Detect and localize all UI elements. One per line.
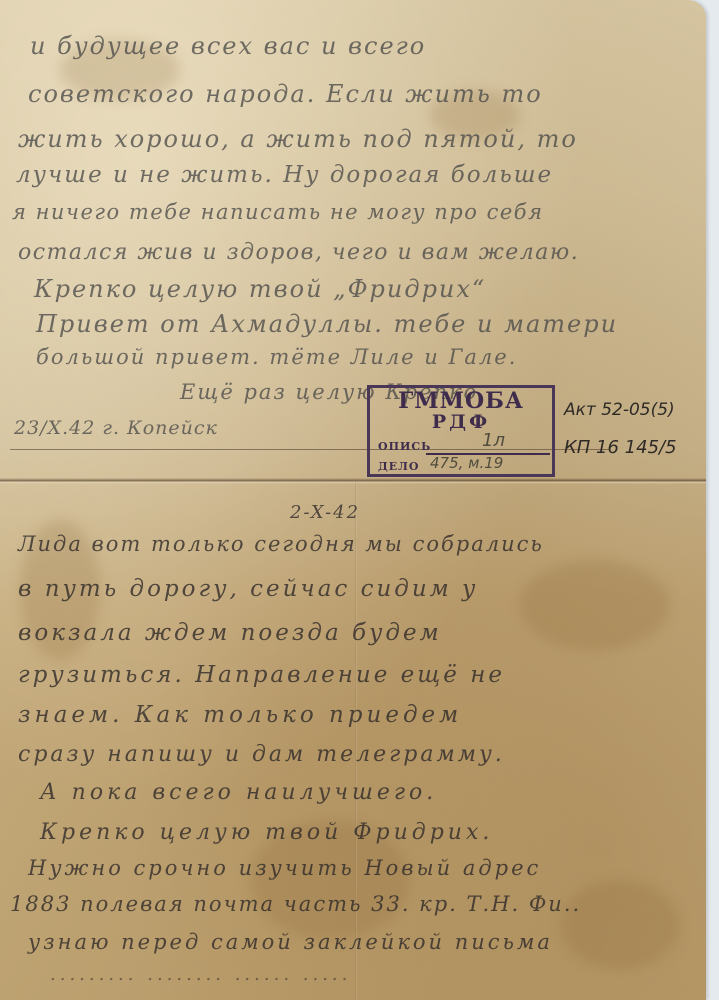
letter-line: Нужно срочно изучить Новый адрес <box>28 856 541 880</box>
letter-line: я ничего тебе написать не могу про себя <box>12 200 543 224</box>
letter-line: Лида вот только сегодня мы собрались <box>18 532 544 556</box>
stamp-org-sub: РДФ <box>370 412 552 432</box>
letter-paper: и будущее всех вас и всего советского на… <box>0 0 706 1000</box>
letter-line: большой привет. тёте Лиле и Гале. <box>36 345 517 369</box>
letter-date: 2-X-42 <box>290 502 360 523</box>
kp-number-annotation: КП 16 145/5 <box>564 437 677 458</box>
letter-line: и будущее всех вас и всего <box>30 32 426 60</box>
letter-line: вокзала ждем поезда будем <box>18 620 442 646</box>
letter-line: А пока всего наилучшего. <box>40 780 437 805</box>
letter-line: Крепко целую твой „Фридрих“ <box>34 275 486 303</box>
letter-bottom-half: 2-X-42 Лида вот только сегодня мы собрал… <box>0 482 706 1000</box>
act-number-annotation: Акт 52-05(5) <box>564 400 675 420</box>
stamp-delo-label: ДЕЛО <box>378 460 419 473</box>
letter-line: остался жив и здоров, чего и вам желаю. <box>18 240 579 265</box>
stamp-delo-value: 475, м.19 <box>430 454 503 472</box>
stamp-opis-value: 1л <box>482 430 505 451</box>
stamp-org-name: ГММОБА <box>370 390 552 412</box>
letter-line: сразу напишу и дам телеграмму. <box>18 742 505 767</box>
letter-line: жить хорошо, а жить под пятой, то <box>18 125 578 153</box>
letter-line: Привет от Ахмадуллы. тебе и матери <box>36 310 618 338</box>
archive-stamp: ГММОБА РДФ ОПИСЬ 1л ДЕЛО 475, м.19 <box>367 385 555 477</box>
letter-signature-line: Крепко целую твой Фридрих. <box>40 820 493 845</box>
letter-line: знаем. Как только приедем <box>18 702 462 728</box>
letter-line: лучше и не жить. Ну дорогая больше <box>16 162 553 188</box>
letter-address-line: 1883 полевая почта часть 33. кр. Т.Н. Фи… <box>10 892 581 916</box>
letter-line: ......... ........ ...... ..... <box>50 964 351 985</box>
letter-line: советского народа. Если жить то <box>28 80 543 108</box>
letter-line: грузиться. Направление ещё не <box>18 662 505 688</box>
letter-line: узнаю перед самой заклейкой письма <box>28 930 553 954</box>
date-place: 23/X.42 г. Копейск <box>14 417 218 439</box>
letter-line: в путь дорогу, сейчас сидим у <box>18 576 478 602</box>
stamp-opis-label: ОПИСЬ <box>378 440 431 453</box>
